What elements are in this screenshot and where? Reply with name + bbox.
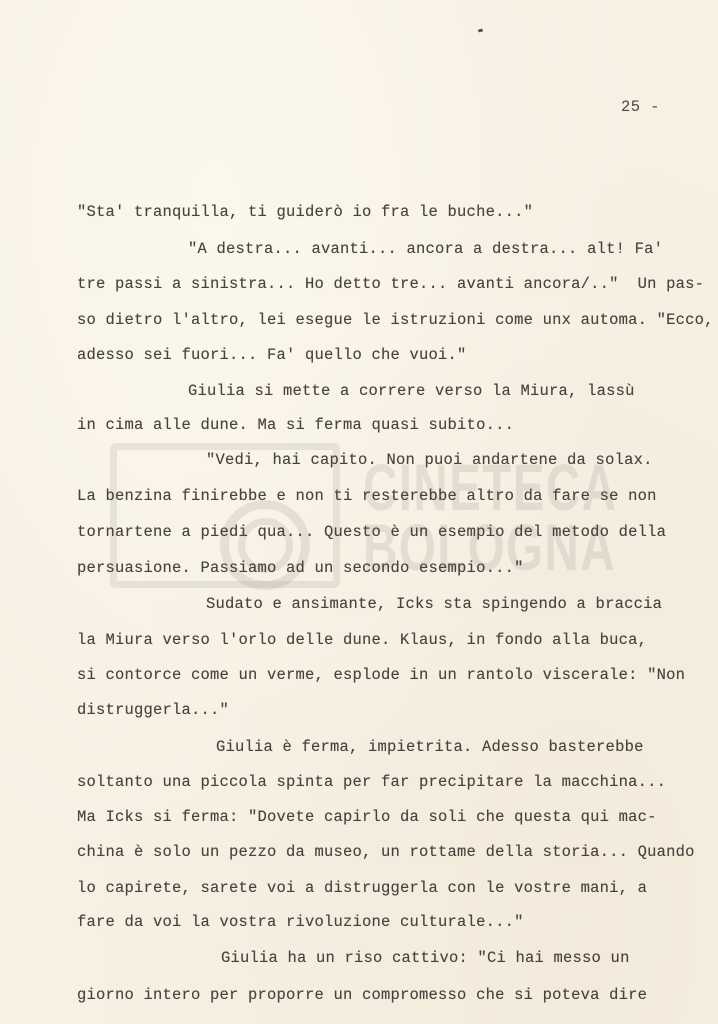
- text-line: lo capirete, sarete voi a distruggerla c…: [77, 878, 647, 898]
- text-line: la Miura verso l'orlo delle dune. Klaus,…: [77, 630, 647, 650]
- page-number: 25 -: [621, 98, 660, 116]
- text-line: La benzina finirebbe e non ti resterebbe…: [77, 486, 657, 506]
- text-line: si contorce come un verme, esplode in un…: [77, 665, 685, 685]
- text-line: Giulia si mette a correre verso la Miura…: [188, 381, 635, 401]
- text-line: giorno intero per proporre un compromess…: [77, 985, 647, 1005]
- text-line: so dietro l'altro, lei esegue le istruzi…: [77, 310, 714, 330]
- text-line: Sudato e ansimante, Icks sta spingendo a…: [206, 594, 662, 614]
- text-line: soltanto una piccola spinta per far prec…: [77, 772, 666, 792]
- text-line: distruggerla...": [77, 700, 229, 720]
- manuscript-page: CINETECA BOLOGNA 25 - "Sta' tranquilla, …: [0, 0, 718, 1024]
- watermark: CINETECA BOLOGNA: [0, 0, 718, 1024]
- text-line: Ma Icks si ferma: "Dovete capirlo da sol…: [77, 807, 657, 827]
- text-line: persuasione. Passiamo ad un secondo esem…: [77, 558, 524, 578]
- text-line: Giulia è ferma, impietrita. Adesso baste…: [216, 737, 644, 757]
- text-line: "Vedi, hai capito. Non puoi andartene da…: [206, 450, 653, 470]
- text-line: "Sta' tranquilla, ti guiderò io fra le b…: [77, 202, 533, 222]
- text-line: Giulia ha un riso cattivo: "Ci hai messo…: [221, 948, 630, 968]
- text-line: fare da voi la vostra rivoluzione cultur…: [77, 912, 524, 932]
- text-line: tornartene a piedi qua... Questo è un es…: [77, 522, 666, 542]
- ink-speck: [478, 28, 484, 32]
- text-line: in cima alle dune. Ma si ferma quasi sub…: [77, 415, 514, 435]
- text-line: china è solo un pezzo da museo, un rotta…: [77, 842, 695, 862]
- text-line: tre passi a sinistra... Ho detto tre... …: [77, 274, 704, 294]
- text-line: "A destra... avanti... ancora a destra..…: [188, 239, 663, 259]
- text-line: adesso sei fuori... Fa' quello che vuoi.…: [77, 345, 467, 365]
